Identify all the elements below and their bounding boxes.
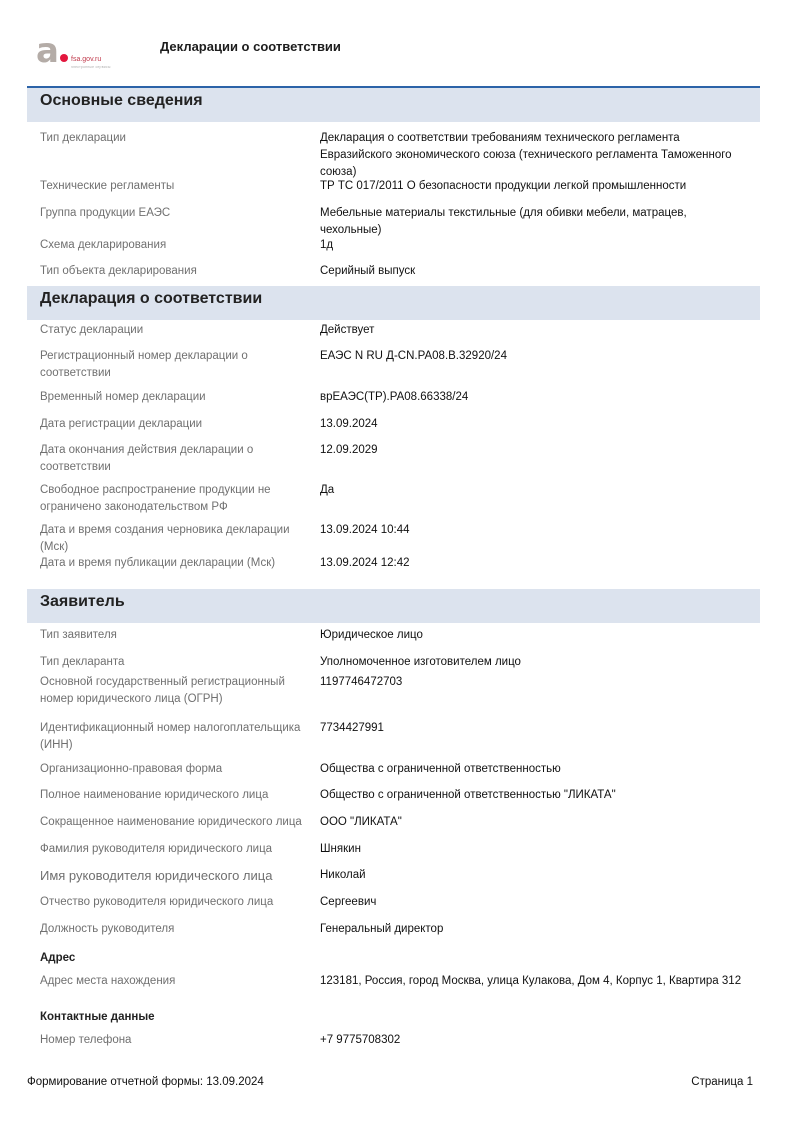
field-value: 13.09.2024 12:42 [320,555,750,589]
field-label: Дата и время публикации декларации (Мск) [27,555,320,589]
field-value: ЕАЭС N RU Д-CN.РА08.В.32920/24 [320,348,750,389]
field-row: Тип заявителя Юридическое лицо [27,627,760,654]
section-heading-applicant: Заявитель [27,589,760,623]
field-value: ТР ТС 017/2011 О безопасности продукции … [320,178,750,205]
field-label: Дата окончания действия декларации о соо… [27,442,320,482]
document-title: Декларации о соответствии [160,39,341,54]
page-footer: Формирование отчетной формы: 13.09.2024 … [27,1076,753,1088]
field-row: Схема декларирования 1д [27,237,760,263]
page-number: Страница 1 [691,1076,753,1088]
field-value: Общества с ограниченной ответственностью [320,761,750,787]
field-label: Схема декларирования [27,237,320,263]
field-label: Тип декларанта [27,654,320,674]
field-value: 123181, Россия, город Москва, улица Кула… [320,973,750,1011]
logo-dot-icon [60,54,68,62]
field-label: Временный номер декларации [27,389,320,416]
field-label: Тип объекта декларирования [27,263,320,286]
field-row: Статус декларации Действует [27,322,760,348]
field-row: Свободное распространение продукции не о… [27,482,760,522]
field-value: врЕАЭС(ТР).РА08.66338/24 [320,389,750,416]
field-label: Идентификационный номер налогоплательщик… [27,720,320,761]
field-value: +7 9775708302 [320,1032,750,1052]
field-value: Николай [320,867,750,894]
field-row: Идентификационный номер налогоплательщик… [27,720,760,761]
field-label: Дата регистрации декларации [27,416,320,442]
field-row: Отчество руководителя юридического лица … [27,894,760,921]
document-body: Основные сведения Тип декларации Деклара… [27,88,760,1052]
field-label: Номер телефона [27,1032,320,1052]
field-value: ООО "ЛИКАТА" [320,814,750,841]
field-label: Группа продукции ЕАЭС [27,205,320,237]
field-row: Адрес места нахождения 123181, Россия, г… [27,973,760,1011]
field-label: Должность руководителя [27,921,320,952]
field-value: 12.09.2029 [320,442,750,482]
field-value: Юридическое лицо [320,627,750,654]
section-heading-main: Основные сведения [27,88,760,122]
field-row: Сокращенное наименование юридического ли… [27,814,760,841]
fsa-logo: a fsa.gov.ru электронные сервисы [36,36,136,76]
section-heading-declaration: Декларация о соответствии [27,286,760,320]
logo-letter-icon: a [36,36,59,66]
field-value: 1197746472703 [320,674,750,720]
field-label: Фамилия руководителя юридического лица [27,841,320,867]
field-row: Фамилия руководителя юридического лица Ш… [27,841,760,867]
field-value: 7734427991 [320,720,750,761]
field-value: Мебельные материалы текстильные (для оби… [320,205,750,237]
field-row: Полное наименование юридического лица Об… [27,787,760,814]
field-label: Технические регламенты [27,178,320,205]
field-label: Имя руководителя юридического лица [27,867,320,894]
field-label: Организационно-правовая форма [27,761,320,787]
field-row: Номер телефона +7 9775708302 [27,1032,760,1052]
field-row: Организационно-правовая форма Общества с… [27,761,760,787]
subheading-address: Адрес [27,952,760,973]
page-header: a fsa.gov.ru электронные сервисы Деклара… [0,0,793,86]
logo-site-text: fsa.gov.ru [71,56,101,63]
field-label: Статус декларации [27,322,320,348]
field-row: Тип объекта декларирования Серийный выпу… [27,263,760,286]
field-row: Имя руководителя юридического лица Никол… [27,867,760,894]
field-label: Адрес места нахождения [27,973,320,1011]
field-value: 1д [320,237,750,263]
field-label: Полное наименование юридического лица [27,787,320,814]
field-row: Дата регистрации декларации 13.09.2024 [27,416,760,442]
field-label: Свободное распространение продукции не о… [27,482,320,522]
field-value: Действует [320,322,750,348]
field-value: Декларация о соответствии требованиям те… [320,130,750,178]
field-row: Тип декларации Декларация о соответствии… [27,130,760,178]
field-row: Тип декларанта Уполномоченное изготовите… [27,654,760,674]
field-label: Регистрационный номер декларации о соотв… [27,348,320,389]
field-row: Должность руководителя Генеральный дирек… [27,921,760,952]
field-label: Отчество руководителя юридического лица [27,894,320,921]
field-value: Серийный выпуск [320,263,750,286]
logo-subtitle: электронные сервисы [71,65,111,69]
field-row: Дата окончания действия декларации о соо… [27,442,760,482]
field-label: Сокращенное наименование юридического ли… [27,814,320,841]
field-label: Тип декларации [27,130,320,178]
field-row: Основной государственный регистрационный… [27,674,760,720]
field-value: Общество с ограниченной ответственностью… [320,787,750,814]
field-value: Сергеевич [320,894,750,921]
field-value: Уполномоченное изготовителем лицо [320,654,750,674]
field-row: Технические регламенты ТР ТС 017/2011 О … [27,178,760,205]
field-label: Дата и время создания черновика декларац… [27,522,320,555]
field-label: Тип заявителя [27,627,320,654]
report-generated-date: Формирование отчетной формы: 13.09.2024 [27,1076,264,1088]
field-row: Регистрационный номер декларации о соотв… [27,348,760,389]
field-row: Дата и время публикации декларации (Мск)… [27,555,760,589]
field-row: Дата и время создания черновика декларац… [27,522,760,555]
field-row: Временный номер декларации врЕАЭС(ТР).РА… [27,389,760,416]
field-value: 13.09.2024 [320,416,750,442]
field-row: Группа продукции ЕАЭС Мебельные материал… [27,205,760,237]
field-value: 13.09.2024 10:44 [320,522,750,555]
field-label: Основной государственный регистрационный… [27,674,320,720]
field-value: Шнякин [320,841,750,867]
subheading-contacts: Контактные данные [27,1011,760,1032]
field-value: Генеральный директор [320,921,750,952]
field-value: Да [320,482,750,522]
